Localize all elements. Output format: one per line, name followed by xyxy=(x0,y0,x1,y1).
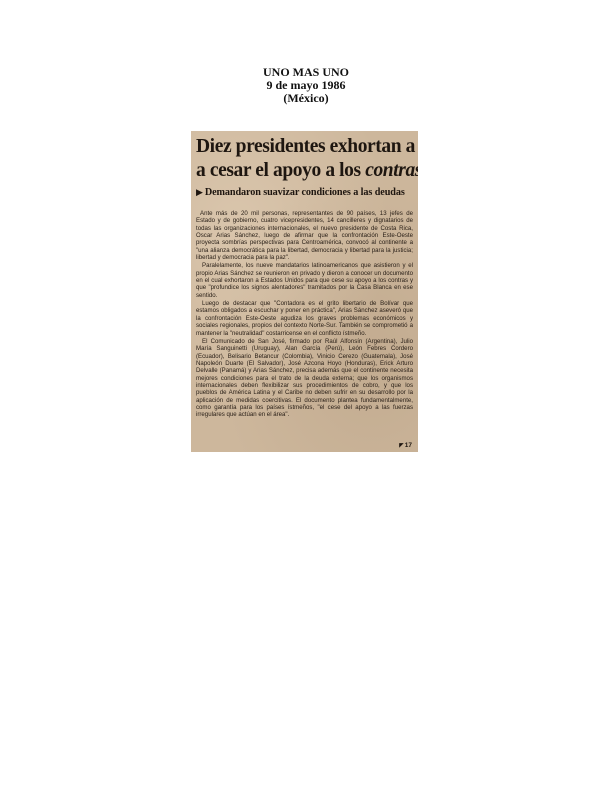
continuation-marker: ◤17 xyxy=(399,442,412,449)
right-triangle-bullet-icon: ▶ xyxy=(196,187,203,197)
article-paragraph: Luego de destacar que "Contadora es el g… xyxy=(196,300,413,337)
subheadline: ▶Demandaron suavizar condiciones a las d… xyxy=(196,186,413,199)
subheadline-text: Demandaron suavizar condiciones a las de… xyxy=(205,187,405,198)
headline: Diez presidentes exhortan a EU a cesar e… xyxy=(196,135,413,183)
newspaper-clipping: Diez presidentes exhortan a EU a cesar e… xyxy=(191,131,418,452)
headline-line-2: a cesar el apoyo a los contras xyxy=(196,159,413,183)
headline-line-2-text: a cesar el apoyo a los xyxy=(196,160,365,181)
headline-italic-word: contras xyxy=(365,160,418,181)
article-body: Ante más de 20 mil personas, representan… xyxy=(196,210,413,419)
article-paragraph: Paralelamente, los nueve mandatarios lat… xyxy=(196,262,413,299)
source-citation: UNO MAS UNO 9 de mayo 1986 (México) xyxy=(0,66,612,105)
article-paragraph: Ante más de 20 mil personas, representan… xyxy=(196,210,413,261)
article-paragraph: El Comunicado de San José, firmado por R… xyxy=(196,338,413,419)
continuation-page: 17 xyxy=(405,442,412,449)
publication-country: (México) xyxy=(0,92,612,105)
headline-line-1: Diez presidentes exhortan a EU xyxy=(196,135,413,159)
continued-arrow-icon: ◤ xyxy=(399,443,404,449)
